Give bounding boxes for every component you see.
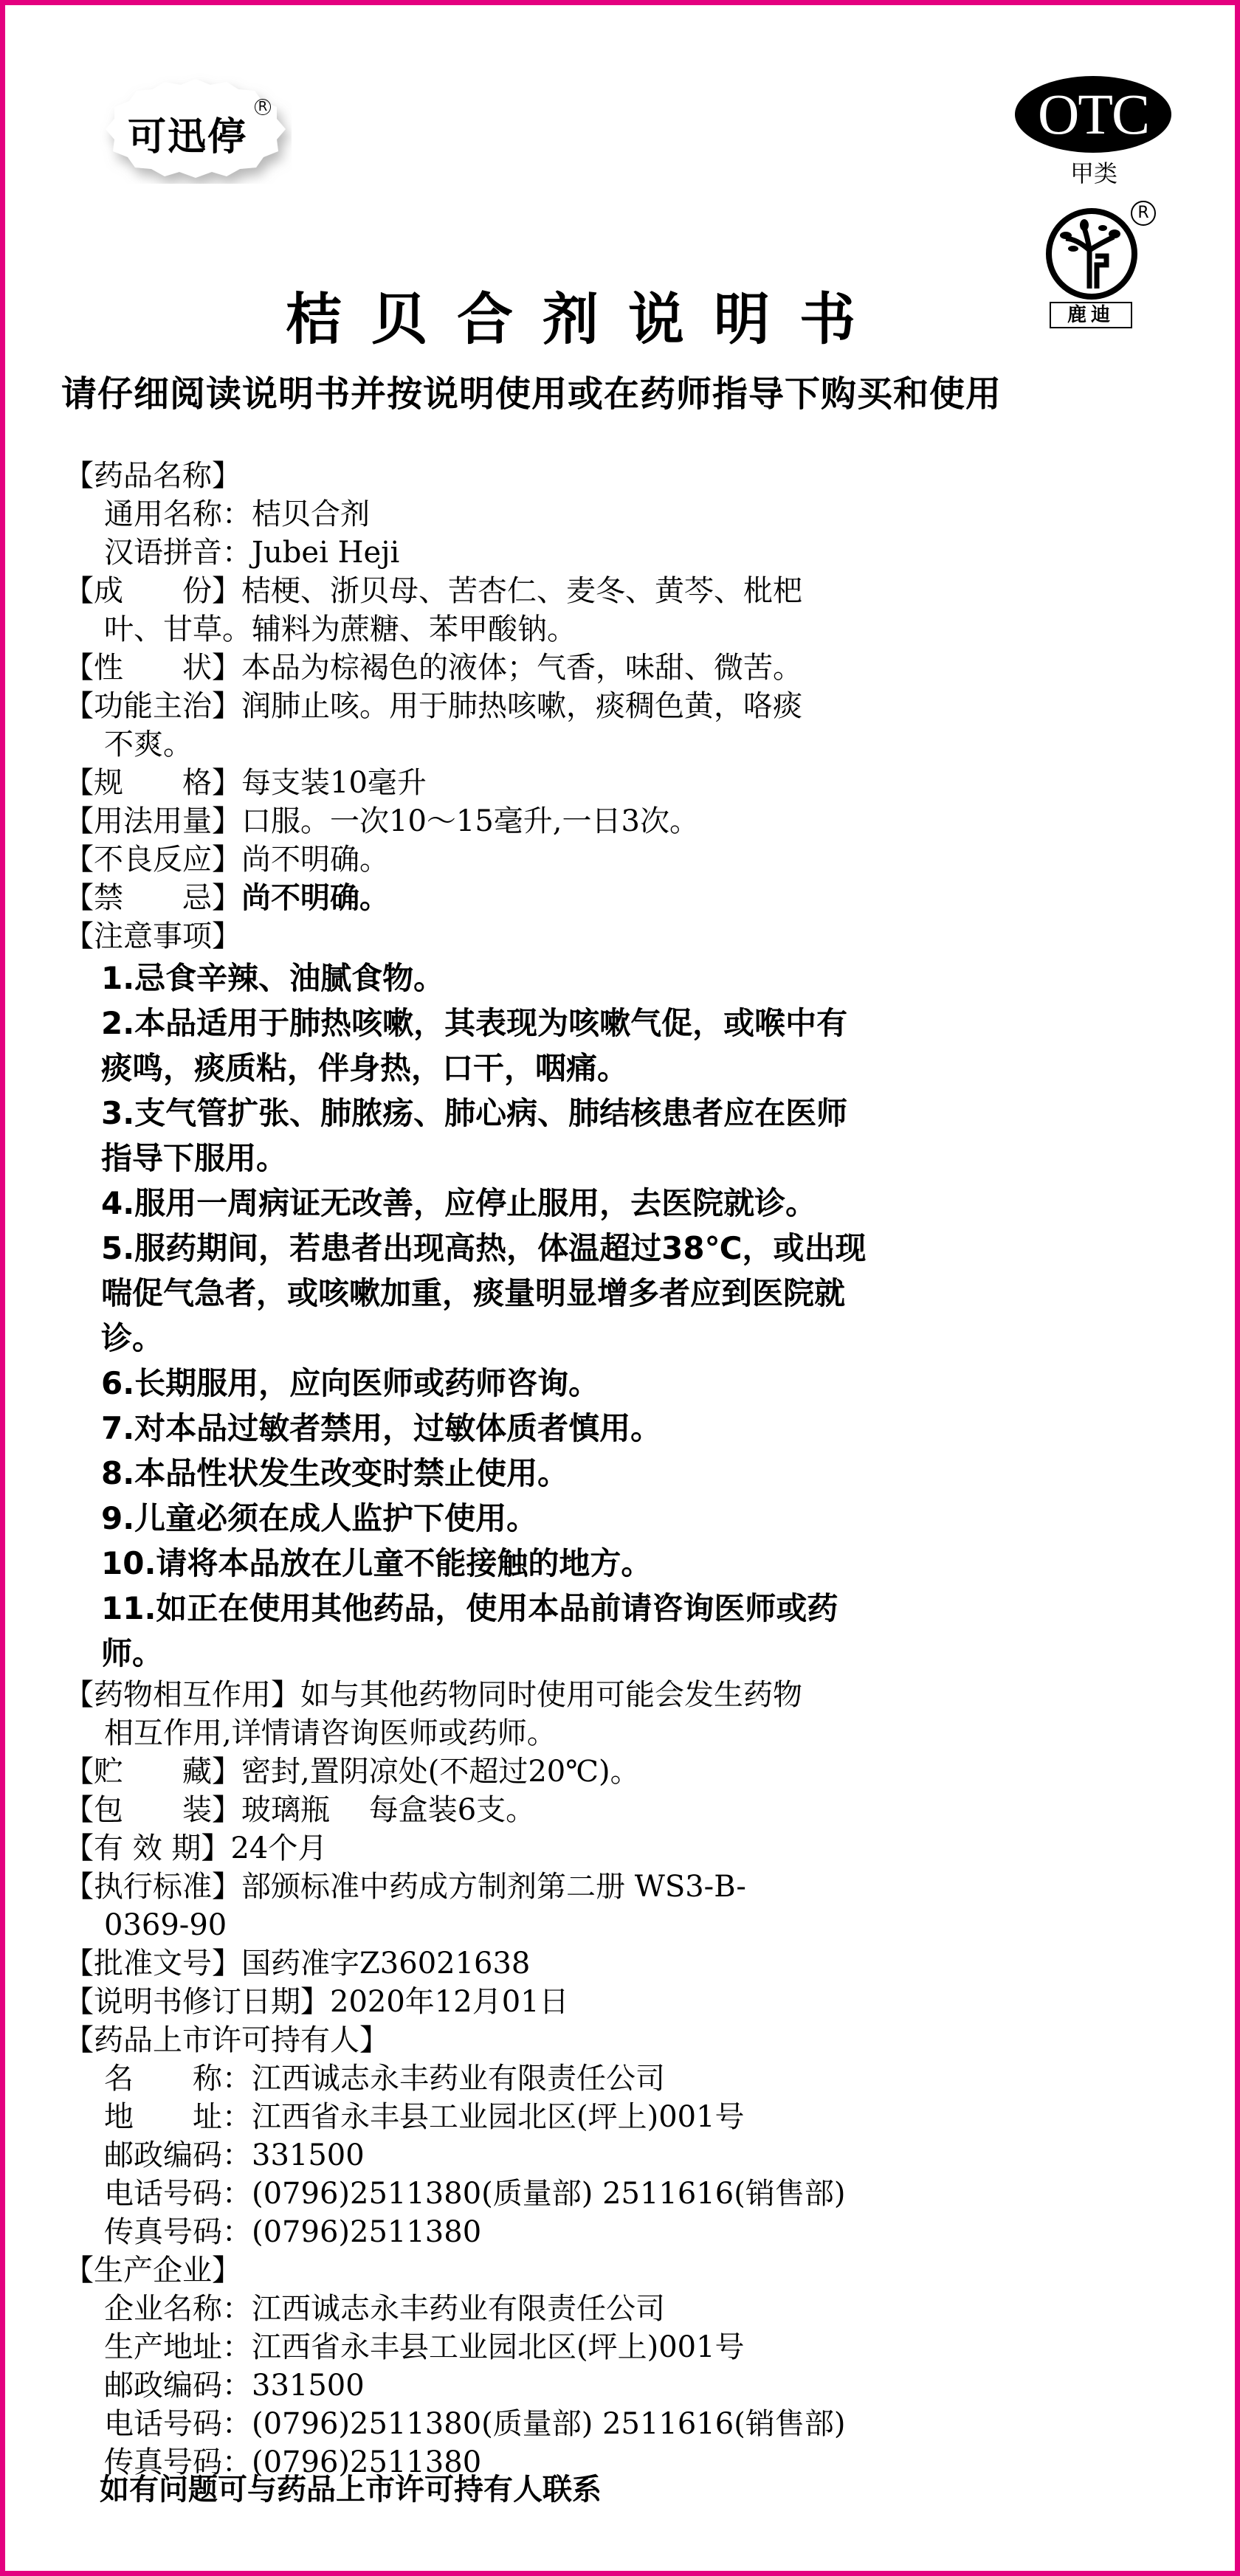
field-label: 邮政编码： — [104, 2369, 252, 2403]
generic-name-row: 通用名称：桔贝合剂 — [64, 495, 1186, 533]
field-value: 331500 — [252, 2369, 365, 2403]
section-heading: 【包 装】 — [64, 1793, 241, 1827]
storage-row: 【贮 藏】密封,置阴凉处(不超过20℃)。 — [64, 1753, 1186, 1791]
manufacturer-address-row: 生产地址：江西省永丰县工业园北区(坪上)001号 — [64, 2328, 1186, 2366]
section-heading: 【成 份】 — [64, 574, 241, 608]
section-heading: 【禁 忌】 — [64, 881, 241, 915]
list-item: 诊。 — [64, 1316, 1186, 1361]
field-value: 331500 — [252, 2138, 365, 2172]
field-label: 汉语拼音： — [104, 536, 252, 570]
section-heading: 【批准文号】 — [64, 1947, 241, 1981]
holder-fax-row: 传真号码：(0796)2511380 — [64, 2213, 1186, 2251]
approval-row: 【批准文号】国药准字Z36021638 — [64, 1944, 1186, 1983]
field-value: 玻璃瓶 每盒装6支。 — [241, 1793, 535, 1827]
ingredients-row: 【成 份】桔梗、浙贝母、苦杏仁、麦冬、黄芩、枇杷 — [64, 572, 1186, 610]
section-heading: 【功能主治】 — [64, 689, 241, 723]
field-label: 电话号码： — [104, 2407, 252, 2441]
adverse-row: 【不良反应】尚不明确。 — [64, 840, 1186, 879]
interactions-cont: 相互作用,详情请咨询医师或药师。 — [64, 1714, 1186, 1753]
manufacturer-phone-row: 电话号码：(0796)2511380(质量部) 2511616(销售部) — [64, 2405, 1186, 2443]
field-value: 如与其他药物同时使用可能会发生药物 — [300, 1678, 802, 1712]
list-item: 7.对本品过敏者禁用，过敏体质者慎用。 — [64, 1406, 1186, 1451]
expiry-row: 【有 效 期】24个月 — [64, 1829, 1186, 1868]
precautions-list: 1.忌食辛辣、油腻食物。 2.本品适用于肺热咳嗽，其表现为咳嗽气促，或喉中有 痰… — [64, 956, 1186, 1676]
field-value: 江西诚志永丰药业有限责任公司 — [252, 2062, 665, 2096]
section-heading: 【贮 藏】 — [64, 1755, 241, 1789]
field-value: 桔贝合剂 — [252, 497, 370, 531]
page-title: 桔贝合剂说明书 — [286, 274, 987, 355]
field-value: 密封,置阴凉处(不超过20℃)。 — [241, 1755, 640, 1789]
list-item: 4.服用一周病证无改善，应停止服用，去医院就诊。 — [64, 1181, 1186, 1226]
package-row: 【包 装】玻璃瓶 每盒装6支。 — [64, 1791, 1186, 1829]
field-label: 通用名称： — [104, 497, 252, 531]
description-row: 【性 状】本品为棕褐色的液体；气香，味甜、微苦。 — [64, 649, 1186, 687]
field-value: 尚不明确。 — [241, 843, 389, 877]
list-item: 3.支气管扩张、肺脓疡、肺心病、肺结核患者应在医师 — [64, 1091, 1186, 1136]
section-heading: 【执行标准】 — [64, 1870, 241, 1904]
section-heading: 【说明书修订日期】 — [64, 1985, 330, 2019]
contraindications-row: 【禁 忌】尚不明确。 — [64, 879, 1186, 917]
field-value: 每支装10毫升 — [241, 766, 427, 800]
field-value: 尚不明确。 — [241, 881, 389, 915]
indications-cont: 不爽。 — [64, 725, 1186, 764]
field-value: 口服。一次10～15毫升,一日3次。 — [241, 804, 699, 838]
field-value: 本品为棕褐色的液体；气香，味甜、微苦。 — [241, 651, 802, 685]
holder-phone-row: 电话号码：(0796)2511380(质量部) 2511616(销售部) — [64, 2175, 1186, 2213]
otc-class: 甲类 — [1046, 155, 1142, 189]
holder-name-row: 名 称：江西诚志永丰药业有限责任公司 — [64, 2059, 1186, 2098]
field-value: 部颁标准中药成方制剂第二册 WS3-B- — [241, 1870, 746, 1904]
field-value: (0796)2511380 — [252, 2215, 481, 2249]
interactions-row: 【药物相互作用】如与其他药物同时使用可能会发生药物 — [64, 1676, 1186, 1714]
field-label: 地 址： — [104, 2100, 252, 2134]
brand-badge: 可迅停 R — [100, 73, 292, 184]
field-value: 桔梗、浙贝母、苦杏仁、麦冬、黄芩、枇杷 — [241, 574, 802, 608]
tree-logo-icon — [1044, 206, 1140, 302]
field-value: (0796)2511380(质量部) 2511616(销售部) — [252, 2407, 845, 2441]
list-item: 11.如正在使用其他药品，使用本品前请咨询医师或药 — [64, 1586, 1186, 1631]
field-label: 企业名称： — [104, 2292, 252, 2326]
section-heading: 【有 效 期】 — [64, 1831, 230, 1865]
field-value: 2020年12月01日 — [330, 1985, 569, 2019]
company-logo-name: 鹿迪 — [1050, 302, 1132, 328]
specification-row: 【规 格】每支装10毫升 — [64, 764, 1186, 802]
revision-row: 【说明书修订日期】2020年12月01日 — [64, 1983, 1186, 2021]
list-item: 指导下服用。 — [64, 1136, 1186, 1181]
brand-name: 可迅停 — [128, 106, 247, 161]
field-label: 邮政编码： — [104, 2138, 252, 2172]
list-item: 10.请将本品放在儿童不能接触的地方。 — [64, 1541, 1186, 1586]
field-value: 江西省永丰县工业园北区(坪上)001号 — [252, 2100, 745, 2134]
standard-cont: 0369-90 — [64, 1906, 1186, 1944]
registered-mark-icon: R — [255, 99, 271, 115]
standard-row: 【执行标准】部颁标准中药成方制剂第二册 WS3-B- — [64, 1868, 1186, 1906]
list-item: 喘促气急者，或咳嗽加重，痰量明显增多者应到医院就 — [64, 1271, 1186, 1316]
list-item: 痰鸣，痰质粘，伴身热，口干，咽痛。 — [64, 1046, 1186, 1091]
section-heading: 【生产企业】 — [64, 2251, 1186, 2290]
list-item: 2.本品适用于肺热咳嗽，其表现为咳嗽气促，或喉中有 — [64, 1001, 1186, 1046]
indications-row: 【功能主治】润肺止咳。用于肺热咳嗽，痰稠色黄，咯痰 — [64, 687, 1186, 725]
usage-warning: 请仔细阅读说明书并按说明使用或在药师指导下购买和使用 — [61, 365, 1002, 416]
ingredients-cont: 叶、甘草。辅料为蔗糖、苯甲酸钠。 — [64, 610, 1186, 649]
pinyin-row: 汉语拼音：Jubei Heji — [64, 533, 1186, 572]
field-value: 国药准字Z36021638 — [241, 1947, 530, 1981]
contact-note: 如有问题可与药品上市许可持有人联系 — [100, 2466, 602, 2508]
otc-badge: OTC — [1015, 76, 1171, 153]
holder-address-row: 地 址：江西省永丰县工业园北区(坪上)001号 — [64, 2098, 1186, 2136]
manufacturer-postcode-row: 邮政编码：331500 — [64, 2366, 1186, 2405]
holder-postcode-row: 邮政编码：331500 — [64, 2136, 1186, 2175]
list-item: 师。 — [64, 1631, 1186, 1676]
list-item: 5.服药期间，若患者出现高热，体温超过38℃，或出现 — [64, 1226, 1186, 1271]
document-frame: 可迅停 R OTC 甲类 R 鹿迪 桔贝合剂说明书 请仔细阅读说明书并按说明使用… — [0, 0, 1240, 2576]
field-label: 名 称： — [104, 2062, 252, 2096]
field-label: 传真号码： — [104, 2215, 252, 2249]
field-value: 江西省永丰县工业园北区(坪上)001号 — [252, 2330, 745, 2364]
field-value: Jubei Heji — [252, 536, 399, 570]
field-label: 电话号码： — [104, 2177, 252, 2211]
section-heading: 【药品上市许可持有人】 — [64, 2021, 1186, 2059]
dosage-row: 【用法用量】口服。一次10～15毫升,一日3次。 — [64, 802, 1186, 840]
section-heading: 【用法用量】 — [64, 804, 241, 838]
manufacturer-name-row: 企业名称：江西诚志永丰药业有限责任公司 — [64, 2290, 1186, 2328]
field-value: 润肺止咳。用于肺热咳嗽，痰稠色黄，咯痰 — [241, 689, 802, 723]
field-value: (0796)2511380(质量部) 2511616(销售部) — [252, 2177, 845, 2211]
list-item: 6.长期服用，应向医师或药师咨询。 — [64, 1361, 1186, 1406]
registered-mark-icon: R — [1131, 201, 1156, 226]
section-heading: 【规 格】 — [64, 766, 241, 800]
section-heading: 【注意事项】 — [64, 917, 1186, 956]
document-body: 【药品名称】 通用名称：桔贝合剂 汉语拼音：Jubei Heji 【成 份】桔梗… — [64, 457, 1186, 2482]
section-heading: 【性 状】 — [64, 651, 241, 685]
field-label: 生产地址： — [104, 2330, 252, 2364]
list-item: 8.本品性状发生改变时禁止使用。 — [64, 1451, 1186, 1496]
list-item: 1.忌食辛辣、油腻食物。 — [64, 956, 1186, 1001]
section-heading: 【药品名称】 — [64, 457, 1186, 495]
section-heading: 【药物相互作用】 — [64, 1678, 300, 1712]
field-value: 24个月 — [230, 1831, 327, 1865]
field-value: 江西诚志永丰药业有限责任公司 — [252, 2292, 665, 2326]
section-heading: 【不良反应】 — [64, 843, 241, 877]
list-item: 9.儿童必须在成人监护下使用。 — [64, 1496, 1186, 1541]
